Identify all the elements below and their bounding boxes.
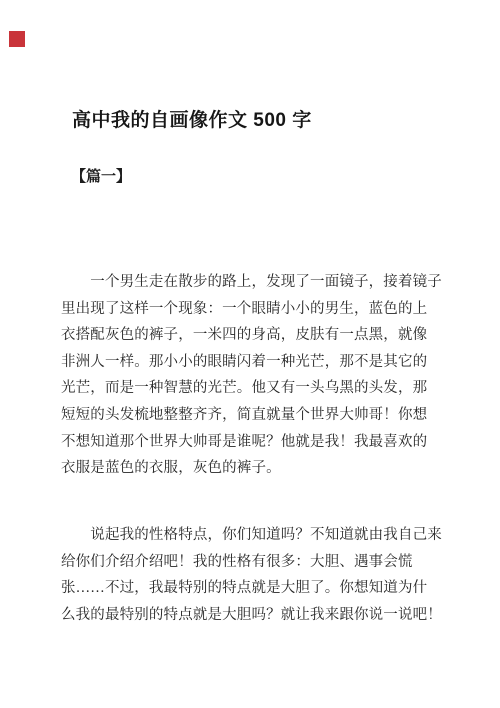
paragraph-1: 一个男生走在散步的路上，发现了一面镜子，接着镜子 里出现了这样一个现象：一个眼睛…	[61, 269, 423, 482]
section-label: 【篇一】	[71, 167, 131, 187]
essay-line: 么我的最特别的特点就是大胆吗？就让我来跟你说一说吧！	[61, 602, 423, 629]
essay-line: 一个男生走在散步的路上，发现了一面镜子，接着镜子	[61, 269, 423, 296]
essay-line: 光芒，而是一种智慧的光芒。他又有一头乌黑的头发，那	[61, 375, 423, 402]
essay-line: 衣服是蓝色的衣服，灰色的裤子。	[61, 455, 423, 482]
essay-title: 高中我的自画像作文 500 字	[72, 108, 312, 134]
essay-line: 张……不过，我最特别的特点就是大胆了。你想知道为什	[61, 575, 423, 602]
paragraph-2: 说起我的性格特点，你们知道吗？不知道就由我自己来 给你们介绍介绍吧！我的性格有很…	[61, 522, 423, 628]
essay-line: 里出现了这样一个现象：一个眼睛小小的男生，蓝色的上	[61, 296, 423, 323]
essay-line: 衣搭配灰色的裤子，一米四的身高，皮肤有一点黑，就像	[61, 322, 423, 349]
essay-line: 短短的头发梳地整整齐齐，简直就量个世界大帅哥！你想	[61, 402, 423, 429]
red-square-marker	[9, 31, 25, 47]
document-page: 高中我的自画像作文 500 字 【篇一】 一个男生走在散步的路上，发现了一面镜子…	[0, 0, 500, 708]
essay-line: 不想知道那个世界大帅哥是谁呢？他就是我！我最喜欢的	[61, 429, 423, 456]
essay-line: 给你们介绍介绍吧！我的性格有很多：大胆、遇事会慌	[61, 549, 423, 576]
essay-line: 说起我的性格特点，你们知道吗？不知道就由我自己来	[61, 522, 423, 549]
essay-line: 非洲人一样。那小小的眼睛闪着一种光芒，那不是其它的	[61, 349, 423, 376]
